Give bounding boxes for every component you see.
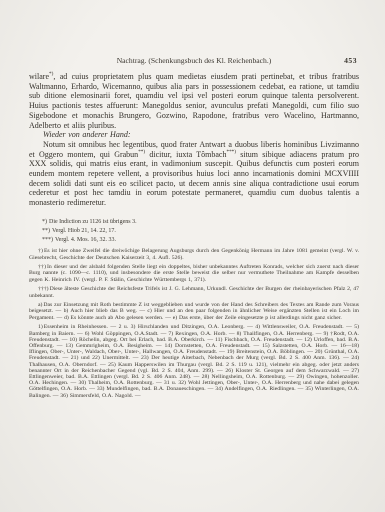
page-content: Nachtrag. (Schenkungsbuch des Kl. Reiche… [29, 56, 359, 399]
footnote-indiction: *)Die Indiction zu 1126 ist übrigens 3. [42, 218, 359, 227]
footnote-letters: a)Das zur Einsetzung mit Roth bestimmte … [29, 302, 359, 321]
footnote-symbol: **) [42, 228, 50, 234]
footnote-text: Diese älteste Geschichte der Reichsfeste… [29, 286, 359, 298]
footnote-mos: ***)Vergl. 4. Mos. 16, 32. 33. [42, 236, 359, 245]
paragraph-lead-word: wilare [29, 72, 49, 81]
footnote-text: Vergl. Hiob 21, 14. 22, 17. [52, 228, 116, 234]
footnote-symbol: ***) [42, 237, 53, 243]
scanned-page: Nachtrag. (Schenkungsbuch des Kl. Reiche… [0, 0, 385, 512]
main-text: wilare*), ad cuius proprietatem plus qua… [29, 72, 359, 208]
footnote-dagger-3: †††)Diese älteste Geschichte der Reichsf… [29, 286, 359, 298]
footnote-text: Es ist hier ohne Zweifel die dreiwöchige… [29, 248, 359, 260]
footnote-text: Vergl. 4. Mos. 16, 32. 33. [55, 237, 116, 243]
footnote-numbers: 1)Essenheim in Rheinhessen. — 2 u. 3) Hi… [29, 324, 359, 398]
footnote-text: In dieser und der alsbald folgenden Stel… [29, 264, 359, 282]
footnote-symbol: †††) [38, 286, 49, 292]
footnote-symbol: *) [42, 219, 47, 225]
running-header-title: Nachtrag. (Schenkungsbuch des Kl. Reiche… [117, 56, 272, 65]
footnote-text: Das zur Einsetzung mit Roth bestimmte Z … [29, 302, 359, 320]
paragraph-continuation: wilare*), ad cuius proprietatem plus qua… [29, 72, 359, 130]
footnote-symbol: 1) [38, 324, 43, 330]
footnote-hiob: **)Vergl. Hiob 21, 14. 22, 17. [42, 227, 359, 236]
footnote-marker-triple-asterisk: ***) [226, 149, 236, 155]
footnote-block: *)Die Indiction zu 1126 ist übrigens 3. … [29, 218, 359, 399]
editorial-hand-heading: Wieder von anderer Hand: [29, 130, 359, 140]
paragraph-continuation-text: , ad cuius proprietatem plus quam mediet… [29, 72, 359, 130]
page-number: 453 [344, 56, 357, 65]
footnote-dagger-1: †)Es ist hier ohne Zweifel die dreiwöchi… [29, 248, 359, 260]
footnote-text: Die Indiction zu 1126 ist übrigens 3. [49, 219, 137, 225]
footnote-symbol: †) [38, 248, 43, 254]
paragraph-notum-part2: dicitur, iuxta Tômbach [145, 150, 226, 159]
footnote-dagger-2: ††)In dieser und der alsbald folgenden S… [29, 264, 359, 283]
paragraph-notum: Notum sit omnibus hec legentibus, quod f… [29, 140, 359, 208]
footnote-text: Essenheim in Rheinhessen. — 2 u. 3) Hirs… [29, 324, 359, 398]
running-header: Nachtrag. (Schenkungsbuch des Kl. Reiche… [29, 56, 359, 65]
